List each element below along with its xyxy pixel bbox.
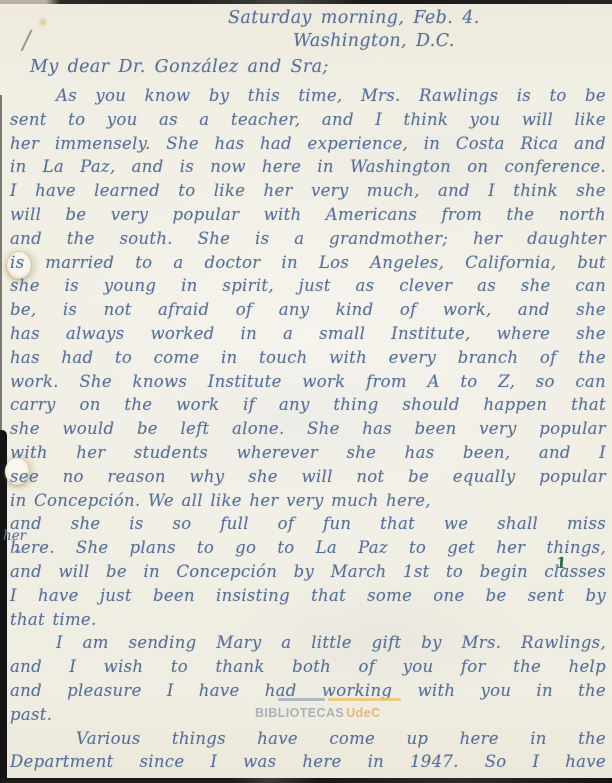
handwritten-line: Department since I was here in 1947. So … xyxy=(10,750,606,774)
handwritten-line: I have just been insisting that some one… xyxy=(10,584,606,608)
handwritten-line: here. She plans to go to La Paz to get h… xyxy=(10,536,606,560)
handwritten-line: has always worked in a small Institute, … xyxy=(10,322,606,346)
handwritten-line: and I wish to thank both of you for the … xyxy=(10,655,606,679)
watermark-text: BIBLIOTECASUdeC xyxy=(255,706,380,720)
caret-mark: ^ xyxy=(12,548,23,563)
letter-salutation: My dear Dr. González and Sra; xyxy=(30,57,329,77)
green-ink-insertion: 1 xyxy=(555,554,567,573)
letter-dateline: Saturday morning, Feb. 4. xyxy=(228,8,480,28)
handwritten-line: see no reason why she will not be equall… xyxy=(10,465,606,489)
watermark-suffix: UdeC xyxy=(346,706,380,720)
handwritten-line: in Concepción. We all like her very much… xyxy=(10,489,606,513)
handwritten-line: I have learned to like her very much, an… xyxy=(10,179,606,203)
handwritten-line: be, is not afraid of any kind of work, a… xyxy=(10,298,606,322)
watermark-bar-blue-segment xyxy=(278,698,325,701)
library-watermark: BIBLIOTECASUdeC xyxy=(255,698,405,724)
scan-edge-top xyxy=(0,0,612,4)
pencil-page-mark: / xyxy=(20,26,33,54)
scan-edge-left-lower xyxy=(0,430,7,783)
handwritten-line: sent to you as a teacher, and I think yo… xyxy=(10,108,606,132)
handwritten-line: and the south. She is a grandmother; her… xyxy=(10,227,606,251)
handwritten-line: is married to a doctor in Los Angeles, C… xyxy=(10,251,606,275)
handwritten-line: As you know by this time, Mrs. Rawlings … xyxy=(10,84,606,108)
scan-edge-left-upper xyxy=(0,95,2,435)
scan-edge-bottom xyxy=(0,778,612,783)
handwritten-line: she would be left alone. She has been ve… xyxy=(10,417,606,441)
handwritten-line: in La Paz, and is now here in Washington… xyxy=(10,155,606,179)
watermark-bar xyxy=(278,698,401,701)
handwritten-line: and she is so full of fun that we shall … xyxy=(10,512,606,536)
handwritten-line: her immensely. She has had experience, i… xyxy=(10,132,606,156)
handwritten-line: she is young in spirit, just as clever a… xyxy=(10,274,606,298)
handwritten-line: that time. xyxy=(10,608,606,632)
handwritten-line: I am sending Mary a little gift by Mrs. … xyxy=(10,631,606,655)
handwritten-line: and will be in Concepción by March 1st t… xyxy=(10,560,606,584)
handwritten-line: has had to come in touch with every bran… xyxy=(10,346,606,370)
handwritten-line: carry on the work if any thing should ha… xyxy=(10,393,606,417)
scanned-letter-page: / Saturday morning, Feb. 4. Washington, … xyxy=(0,0,612,783)
letter-place: Washington, D.C. xyxy=(293,31,455,51)
watermark-bar-yellow-segment xyxy=(328,698,401,701)
letter-body: As you know by this time, Mrs. Rawlings … xyxy=(10,84,606,774)
handwritten-line: will be very popular with Americans from… xyxy=(10,203,606,227)
handwritten-line: Various things have come up here in the xyxy=(10,727,606,751)
handwritten-line: with her students wherever she has been,… xyxy=(10,441,606,465)
handwritten-line: work. She knows Institute work from A to… xyxy=(10,370,606,394)
caret-insertion-word: her xyxy=(3,528,26,544)
watermark-label: BIBLIOTECAS xyxy=(255,706,344,720)
